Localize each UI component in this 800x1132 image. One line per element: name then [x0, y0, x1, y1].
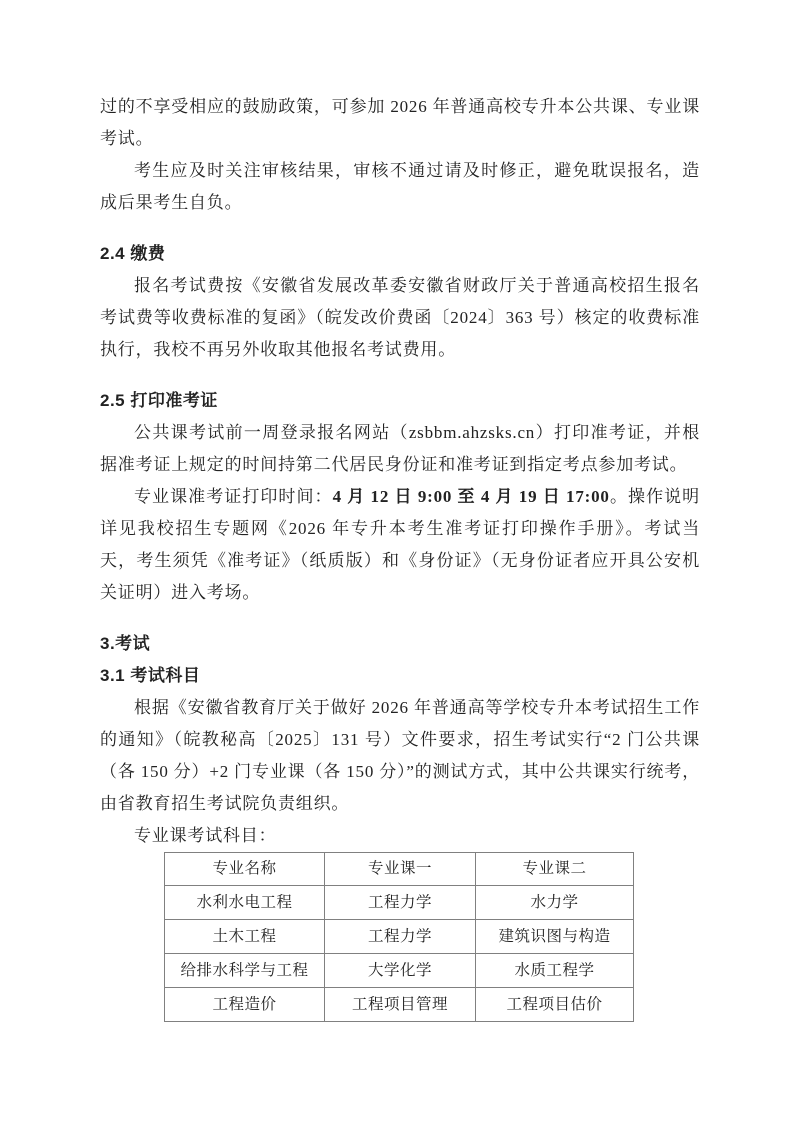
table-cell: 土木工程	[165, 920, 325, 954]
paragraph-fee-standard: 报名考试费按《安徽省发展改革委安徽省财政厅关于普通高校招生报名考试费等收费标准的…	[100, 270, 700, 366]
heading-2-5-print-ticket: 2.5 打印准考证	[100, 385, 700, 417]
table-cell: 建筑识图与构造	[476, 920, 634, 954]
heading-2-4-fee: 2.4 缴费	[100, 238, 700, 270]
paragraph-print-public-course: 公共课考试前一周登录报名网站（zsbbm.ahzsks.cn）打印准考证，并根据…	[100, 417, 700, 481]
table-row: 工程造价工程项目管理工程项目估价	[165, 988, 634, 1022]
subjects-table: 专业名称专业课一专业课二 水利水电工程工程力学水力学土木工程工程力学建筑识图与构…	[164, 852, 634, 1022]
table-cell: 水质工程学	[476, 954, 634, 988]
document-page: 过的不享受相应的鼓励政策，可参加 2026 年普通高校专升本公共课、专业课考试。…	[0, 0, 800, 1132]
table-row: 给排水科学与工程大学化学水质工程学	[165, 954, 634, 988]
table-row: 土木工程工程力学建筑识图与构造	[165, 920, 634, 954]
paragraph-review-notice: 考生应及时关注审核结果，审核不通过请及时修正，避免耽误报名，造成后果考生自负。	[100, 155, 700, 219]
table-row: 水利水电工程工程力学水力学	[165, 886, 634, 920]
heading-3-exam: 3.考试	[100, 628, 700, 660]
table-cell: 工程力学	[325, 886, 476, 920]
table-cell: 工程项目管理	[325, 988, 476, 1022]
paragraph-continuation: 过的不享受相应的鼓励政策，可参加 2026 年普通高校专升本公共课、专业课考试。	[100, 91, 700, 155]
heading-3-1-exam-subjects: 3.1 考试科目	[100, 660, 700, 692]
paragraph-table-intro: 专业课考试科目：	[100, 820, 700, 852]
table-header-cell: 专业课一	[325, 853, 476, 886]
table-cell: 水力学	[476, 886, 634, 920]
table-cell: 大学化学	[325, 954, 476, 988]
table-header-cell: 专业课二	[476, 853, 634, 886]
table-cell: 水利水电工程	[165, 886, 325, 920]
paragraph-exam-format: 根据《安徽省教育厅关于做好 2026 年普通高等学校专升本考试招生工作的通知》（…	[100, 692, 700, 820]
print-major-time-range: 4 月 12 日 9:00 至 4 月 19 日 17:00	[333, 487, 610, 506]
table-cell: 给排水科学与工程	[165, 954, 325, 988]
table-header-cell: 专业名称	[165, 853, 325, 886]
subjects-table-body: 水利水电工程工程力学水力学土木工程工程力学建筑识图与构造给排水科学与工程大学化学…	[165, 886, 634, 1022]
table-cell: 工程力学	[325, 920, 476, 954]
table-cell: 工程项目估价	[476, 988, 634, 1022]
print-major-prefix: 专业课准考证打印时间：	[134, 487, 333, 506]
paragraph-print-major-course: 专业课准考证打印时间：4 月 12 日 9:00 至 4 月 19 日 17:0…	[100, 481, 700, 609]
table-cell: 工程造价	[165, 988, 325, 1022]
subjects-table-header-row: 专业名称专业课一专业课二	[165, 853, 634, 886]
